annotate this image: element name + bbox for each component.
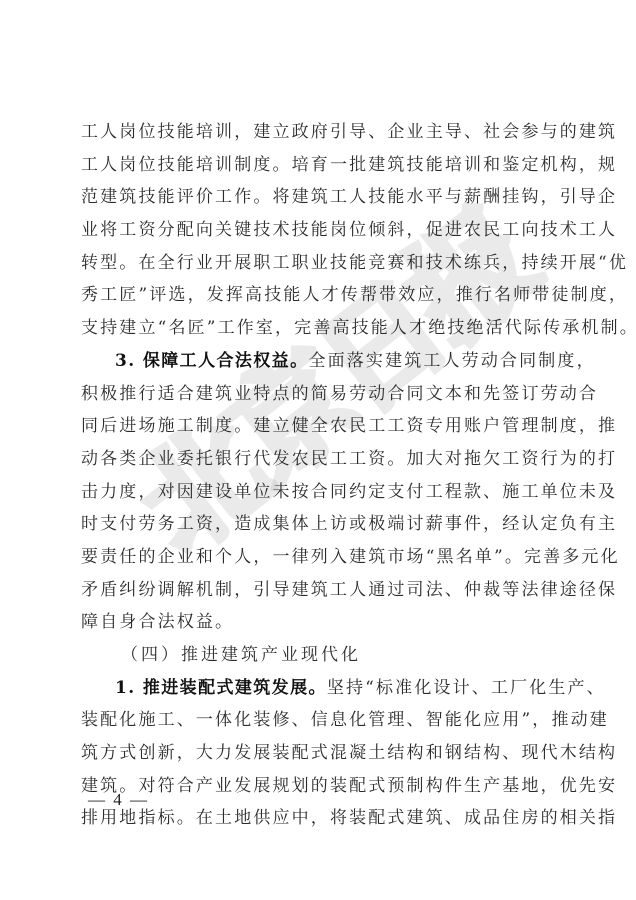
numbered-paragraph-first-line: 1. 推进装配式建筑发展。坚持“标准化设计、工厂化生产、: [81, 672, 561, 705]
text-line: 同后进场施工制度。建立健全农民工工资专用账户管理制度，推: [81, 410, 561, 443]
text-line: 积极推行适合建筑业特点的简易劳动合同文本和先签订劳动合: [81, 378, 561, 411]
text-line: 筑方式创新，大力发展装配式混凝土结构和钢结构、现代木结构: [81, 737, 561, 770]
text-line: 装配化施工、一体化装修、信息化管理、智能化应用”，推动建: [81, 704, 561, 737]
document-body: 工人岗位技能培训，建立政府引导、企业主导、社会参与的建筑 工人岗位技能培训制度。…: [81, 116, 561, 835]
section-heading: （四）推进建筑产业现代化: [81, 639, 561, 672]
text-line: 建筑。对符合产业发展规划的装配式预制构件生产基地，优先安: [81, 770, 561, 803]
text-line: 业将工资分配向关键技术技能岗位倾斜，促进农民工向技术工人: [81, 214, 561, 247]
paragraph-heading: 3. 保障工人合法权益。: [115, 351, 308, 371]
text-line: 障自身合法权益。: [81, 606, 561, 639]
numbered-paragraph-first-line: 3. 保障工人合法权益。全面落实建筑工人劳动合同制度，: [81, 345, 561, 378]
text-line: 支持建立“名匠”工作室，完善高技能人才绝技绝活代际传承机制。: [81, 312, 561, 345]
text-line: 工人岗位技能培训，建立政府引导、企业主导、社会参与的建筑: [81, 116, 561, 149]
paragraph-text: 坚持“标准化设计、工厂化生产、: [327, 678, 606, 698]
text-line: 要责任的企业和个人，一律列入建筑市场“黑名单”。完善多元化: [81, 541, 561, 574]
text-line: 工人岗位技能培训制度。培育一批建筑技能培训和鉴定机构，规: [81, 149, 561, 182]
paragraph-heading: 1. 推进装配式建筑发展。: [115, 678, 327, 698]
text-line: 范建筑技能评价工作。将建筑工人技能水平与薪酬挂钩，引导企: [81, 181, 561, 214]
text-line: 秀工匠”评选，发挥高技能人才传帮带效应，推行名师带徒制度，: [81, 279, 561, 312]
text-line: 排用地指标。在土地供应中，将装配式建筑、成品住房的相关指: [81, 802, 561, 835]
document-page: 北京日报 工人岗位技能培训，建立政府引导、企业主导、社会参与的建筑 工人岗位技能…: [0, 0, 636, 900]
text-line: 动各类企业委托银行代发农民工工资。加大对拖欠工资行为的打: [81, 443, 561, 476]
text-line: 击力度，对因建设单位未按合同约定支付工程款、施工单位未及: [81, 476, 561, 509]
text-line: 转型。在全行业开展职工职业技能竞赛和技术练兵，持续开展“优: [81, 247, 561, 280]
text-line: 时支付劳务工资，造成集体上访或极端讨薪事件，经认定负有主: [81, 508, 561, 541]
text-line: 矛盾纠纷调解机制，引导建筑工人通过司法、仲裁等法律途径保: [81, 574, 561, 607]
paragraph-text: 全面落实建筑工人劳动合同制度，: [308, 351, 595, 371]
